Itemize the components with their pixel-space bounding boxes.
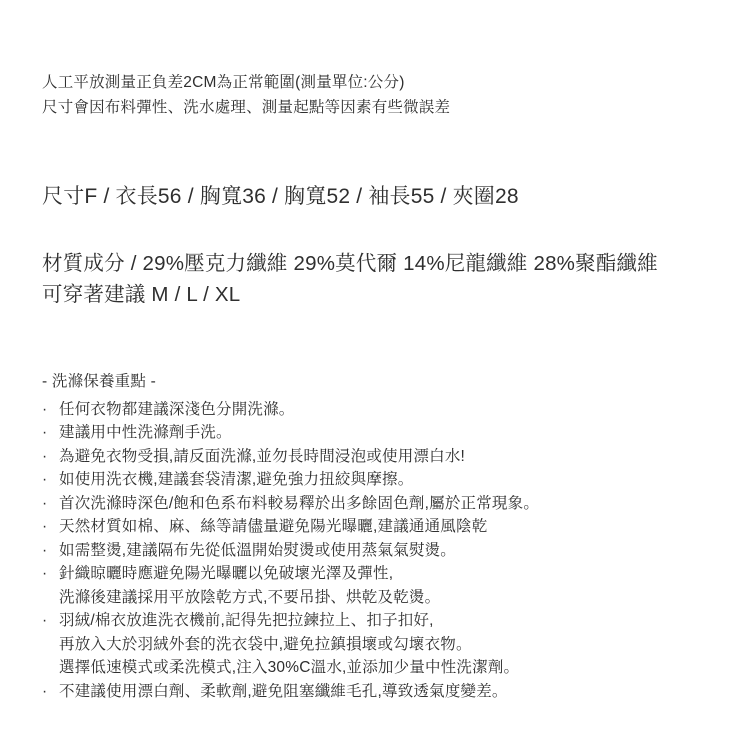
measurement-note-line2: 尺寸會因布料彈性、洗水處理、測量起點等因素有些微誤差 bbox=[42, 95, 720, 120]
care-instruction-text: 針織晾曬時應避免陽光曝曬以免破壞光澤及彈性, bbox=[59, 562, 720, 586]
care-instruction-text: 再放入大於羽絨外套的洗衣袋中,避免拉鎮損壞或勾壞衣物。 bbox=[59, 633, 720, 657]
bullet-dot: · bbox=[42, 468, 59, 492]
care-instruction-text: 選擇低速模式或柔洗模式,注入30%C溫水,並添加少量中性洗潔劑。 bbox=[59, 656, 720, 680]
care-instruction: · 為避免衣物受損,請反面洗滌,並勿長時間浸泡或使用漂白水! bbox=[42, 445, 720, 469]
care-instruction-list: · 任何衣物都建議深淺色分開洗滌。 · 建議用中性洗滌劑手洗。 · 為避免衣物受… bbox=[42, 398, 720, 704]
bullet-dot: · bbox=[42, 445, 59, 469]
care-instruction: · 任何衣物都建議深淺色分開洗滌。 bbox=[42, 398, 720, 422]
material-info: 材質成分 / 29%壓克力纖維 29%莫代爾 14%尼龍纖維 28%聚酯纖維 可… bbox=[42, 248, 720, 310]
bullet-dot: · bbox=[42, 609, 59, 633]
care-instruction-text: 首次洗滌時深色/飽和色系布料較易釋於出多餘固色劑,屬於正常現象。 bbox=[59, 492, 720, 516]
description-content: 人工平放測量正負差2CM為正常範圍(測量單位:公分) 尺寸會因布料彈性、洗水處理… bbox=[42, 0, 720, 703]
care-instruction: · 首次洗滌時深色/飽和色系布料較易釋於出多餘固色劑,屬於正常現象。 bbox=[42, 492, 720, 516]
care-instruction: · 羽絨/棉衣放進洗衣機前,記得先把拉鍊拉上、扣子扣好, bbox=[42, 609, 720, 633]
care-instruction-text: 羽絨/棉衣放進洗衣機前,記得先把拉鍊拉上、扣子扣好, bbox=[59, 609, 720, 633]
care-instruction-continuation: 洗滌後建議採用平放陰乾方式,不要吊掛、烘乾及乾燙。 bbox=[42, 586, 720, 610]
care-instruction: · 天然材質如棉、麻、絲等請儘量避免陽光曝曬,建議通通風陰乾 bbox=[42, 515, 720, 539]
care-instruction: · 如需整燙,建議隔布先從低溫開始熨燙或使用蒸氣氣熨燙。 bbox=[42, 539, 720, 563]
care-instruction-text: 如需整燙,建議隔布先從低溫開始熨燙或使用蒸氣氣熨燙。 bbox=[59, 539, 720, 563]
bullet-dot: · bbox=[42, 680, 59, 704]
care-instruction-continuation: 選擇低速模式或柔洗模式,注入30%C溫水,並添加少量中性洗潔劑。 bbox=[42, 656, 720, 680]
bullet-dot: · bbox=[42, 562, 59, 586]
care-section-heading: - 洗滌保養重點 - bbox=[42, 370, 720, 394]
care-instruction-text: 天然材質如棉、麻、絲等請儘量避免陽光曝曬,建議通通風陰乾 bbox=[59, 515, 720, 539]
wear-suggestion: 可穿著建議 M / L / XL bbox=[42, 279, 720, 310]
care-instruction: · 建議用中性洗滌劑手洗。 bbox=[42, 421, 720, 445]
size-measurements: 尺寸F / 衣長56 / 胸寬36 / 胸寬52 / 袖長55 / 夾圈28 bbox=[42, 182, 720, 212]
care-instruction-text: 如使用洗衣機,建議套袋清潔,避免強力扭絞與摩擦。 bbox=[59, 468, 720, 492]
bullet-dot: · bbox=[42, 421, 59, 445]
measurement-note: 人工平放測量正負差2CM為正常範圍(測量單位:公分) 尺寸會因布料彈性、洗水處理… bbox=[42, 70, 720, 120]
bullet-dot: · bbox=[42, 515, 59, 539]
bullet-dot: · bbox=[42, 539, 59, 563]
care-instruction-text: 洗滌後建議採用平放陰乾方式,不要吊掛、烘乾及乾燙。 bbox=[59, 586, 720, 610]
care-instruction-text: 建議用中性洗滌劑手洗。 bbox=[59, 421, 720, 445]
care-instruction: · 針織晾曬時應避免陽光曝曬以免破壞光澤及彈性, bbox=[42, 562, 720, 586]
care-instruction-text: 任何衣物都建議深淺色分開洗滌。 bbox=[59, 398, 720, 422]
material-composition: 材質成分 / 29%壓克力纖維 29%莫代爾 14%尼龍纖維 28%聚酯纖維 bbox=[42, 248, 720, 279]
bullet-dot: · bbox=[42, 398, 59, 422]
care-instruction-continuation: 再放入大於羽絨外套的洗衣袋中,避免拉鎮損壞或勾壞衣物。 bbox=[42, 633, 720, 657]
care-instruction-text: 不建議使用漂白劑、柔軟劑,避免阻塞纖維毛孔,導致透氣度變差。 bbox=[59, 680, 720, 704]
product-description-page: 人工平放測量正負差2CM為正常範圍(測量單位:公分) 尺寸會因布料彈性、洗水處理… bbox=[0, 0, 750, 750]
care-instruction-text: 為避免衣物受損,請反面洗滌,並勿長時間浸泡或使用漂白水! bbox=[59, 445, 720, 469]
bullet-dot: · bbox=[42, 492, 59, 516]
care-instruction: · 如使用洗衣機,建議套袋清潔,避免強力扭絞與摩擦。 bbox=[42, 468, 720, 492]
measurement-note-line1: 人工平放測量正負差2CM為正常範圍(測量單位:公分) bbox=[42, 70, 720, 95]
care-instruction: · 不建議使用漂白劑、柔軟劑,避免阻塞纖維毛孔,導致透氣度變差。 bbox=[42, 680, 720, 704]
care-section: - 洗滌保養重點 - · 任何衣物都建議深淺色分開洗滌。 · 建議用中性洗滌劑手… bbox=[42, 370, 720, 703]
